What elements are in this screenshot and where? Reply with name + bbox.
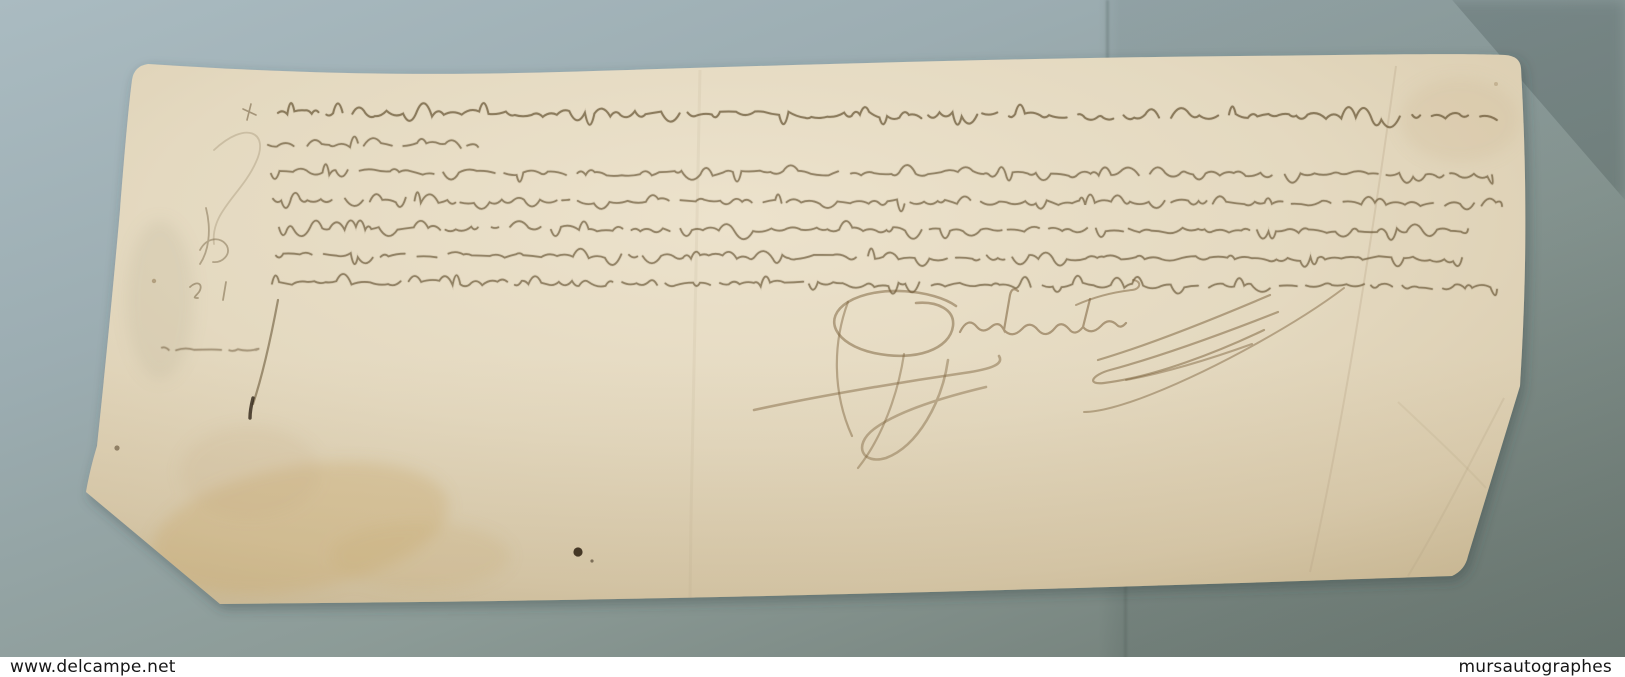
watermark-mursautographes: mursautographes [1458, 658, 1612, 676]
watermark-bar: www.delcampe.net mursautographes [0, 657, 1625, 677]
manuscript-parchment-svg [0, 0, 1625, 657]
watermark-delcampe: www.delcampe.net [10, 658, 176, 676]
manuscript-photo-page: www.delcampe.net mursautographes [0, 0, 1625, 677]
photo-backdrop [0, 0, 1625, 657]
